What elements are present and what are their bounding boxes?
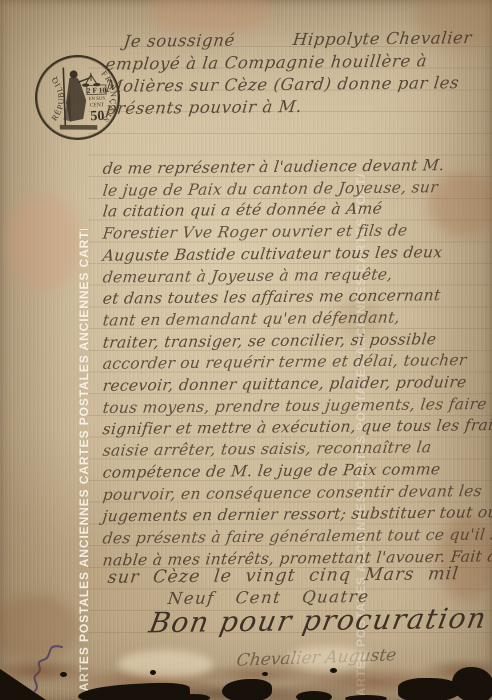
revenue-stamp: RÉPUBLIQUE FRANÇAISE 2 F 10 EN SUS CENT … [31, 50, 123, 144]
worn-highlight [118, 650, 213, 678]
manuscript-line: pourvoir, en conséquence consentir devan… [102, 482, 483, 504]
watermark-left: CARTES POSTALES ANCIENNES CARTES POSTALE… [77, 229, 92, 700]
manuscript-line: nable à mes intérêts, promettant l'avoue… [102, 546, 492, 569]
manuscript-line: saisie arrêter, tous saisis, reconnaître… [102, 438, 433, 459]
manuscript-line: des présents à faire généralement tout c… [102, 524, 492, 547]
opening-left: Je soussigné [123, 31, 236, 51]
burn-mark [345, 695, 387, 700]
stamp-value-block: 2 F 10 EN SUS CENT 50 [87, 85, 108, 125]
burn-speck [262, 672, 268, 676]
paper-stain [438, 515, 492, 601]
burn-speck [150, 670, 156, 675]
manuscript-line: présents pouvoir à M. [105, 96, 303, 117]
svg-text:50: 50 [90, 108, 105, 124]
ruled-lines [88, 46, 492, 646]
manuscript-line: Molières sur Cèze (Gard) donne par les [105, 73, 461, 96]
manuscript-line: tant en demandant qu'en défendant, [102, 308, 401, 329]
manuscript-line: recevoir, donner quittance, plaider, pro… [102, 373, 468, 395]
manuscript-line: accorder ou requérir terme et délai, tou… [102, 351, 468, 373]
paper-stain [338, 296, 382, 340]
blank-space [234, 45, 292, 46]
manuscript-line: employé à la Compagnie houillère à [105, 51, 428, 73]
burn-mark [178, 694, 210, 700]
opening-right: Hippolyte Chevalier [292, 28, 473, 49]
watermark-center: CARTES POSTALES ANCIENNES CARTES POSTALE… [354, 174, 369, 700]
bottom-damage-mottle [0, 636, 492, 700]
paper-stain [428, 172, 492, 236]
manuscript-line: signifier et mettre à exécution, que tou… [102, 416, 492, 438]
manuscript-line: et dans toutes les affaires me concernan… [102, 286, 442, 308]
burn-mark [398, 678, 462, 700]
closing-formula: Bon pour procuration [147, 602, 490, 640]
manuscript-line: jugements en dernier ressort; substituer… [102, 503, 492, 526]
burn-mark [222, 679, 272, 700]
paper-stain [6, 195, 80, 291]
manuscript-line: la citation qui a été donnée à Amé [102, 200, 383, 221]
svg-text:2 F 10: 2 F 10 [87, 85, 107, 95]
paper-stain [415, 0, 492, 47]
burn-mark [452, 667, 492, 700]
date-line: Neuf Cent Quatre [167, 587, 371, 608]
burn-mark [78, 681, 191, 700]
date-line: sur Cèze le vingt cinq Mars mil [107, 564, 460, 588]
manuscript-line: traiter, transiger, se concilier, si pos… [102, 330, 438, 351]
manuscript-line: de me représenter à l'audience devant M. [102, 156, 446, 178]
signature: Chevalier Auguste [235, 645, 397, 671]
burn-mark [296, 691, 332, 700]
manuscript-line: compétence de M. le juge de Paix comme [102, 460, 442, 482]
ink-squiggle-icon [30, 642, 72, 694]
worn-highlight [288, 646, 370, 670]
manuscript-line: le juge de Paix du canton de Joyeuse, su… [102, 178, 439, 200]
document-scan: RÉPUBLIQUE FRANÇAISE 2 F 10 EN SUS CENT … [0, 0, 492, 700]
burn-speck [330, 668, 337, 673]
manuscript-line: Auguste Bastide cultivateur tous les deu… [102, 243, 444, 265]
manuscript-line: Forestier Vve Roger ouvrier et fils de [102, 222, 409, 243]
manuscript-line: demeurant à Joyeuse à ma requête, [102, 265, 394, 286]
manuscript-line: Je soussignéHippolyte Chevalier [123, 28, 473, 51]
paper-stain [150, 0, 270, 34]
manuscript-line: tous moyens, prendre tous jugements, les… [102, 395, 488, 417]
